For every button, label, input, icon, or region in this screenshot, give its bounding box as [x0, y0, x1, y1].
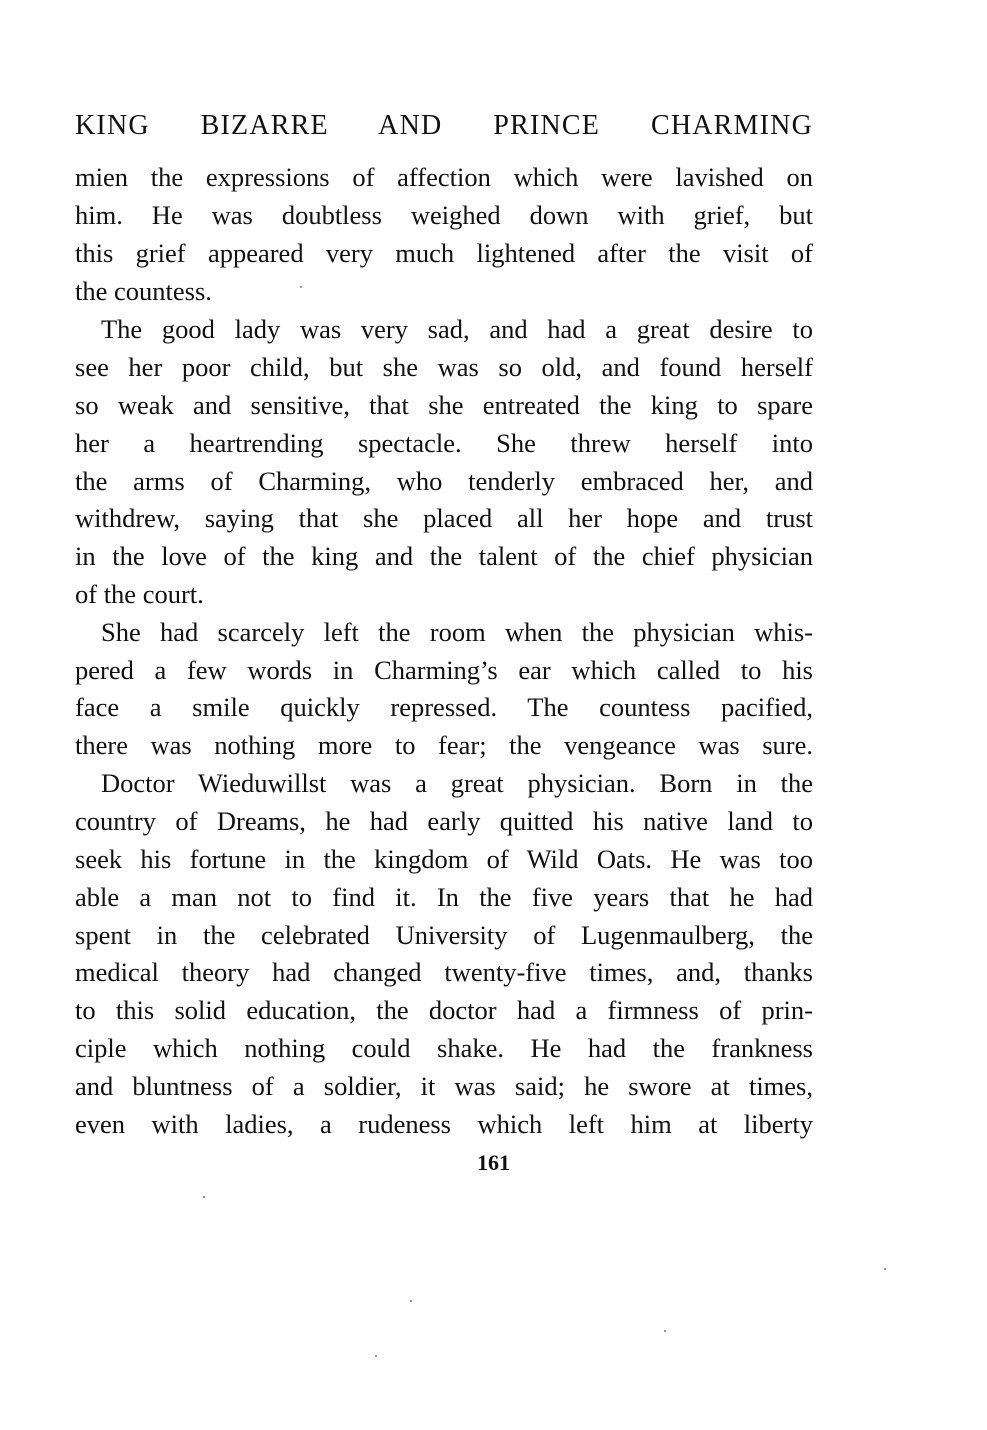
running-header: KING BIZARRE AND PRINCE CHARMING — [75, 110, 813, 142]
text-line: to this solid education, the doctor had … — [75, 995, 813, 1025]
text-line: able a man not to find it. In the five y… — [75, 882, 813, 912]
text-line: ciple which nothing could shake. He had … — [75, 1033, 813, 1063]
scan-speck — [203, 1196, 205, 1198]
page-number: 161 — [0, 1150, 987, 1176]
text-line: mien the expressions of affection which … — [75, 162, 813, 192]
text-line: the countess. — [75, 276, 813, 306]
text-line: of the court. — [75, 579, 813, 609]
scan-speck — [410, 1300, 412, 1302]
text-line: She had scarcely left the room when the … — [101, 617, 813, 647]
text-line: him. He was doubtless weighed down with … — [75, 200, 813, 230]
text-line: so weak and sensitive, that she entreate… — [75, 390, 813, 420]
text-line: this grief appeared very much lightened … — [75, 238, 813, 268]
text-line: The good lady was very sad, and had a gr… — [101, 314, 813, 344]
text-line: in the love of the king and the talent o… — [75, 541, 813, 571]
text-line: pered a few words in Charming’s ear whic… — [75, 655, 813, 685]
book-page: KING BIZARRE AND PRINCE CHARMING mien th… — [0, 0, 987, 1430]
text-line: spent in the celebrated University of Lu… — [75, 920, 813, 950]
scan-speck — [300, 286, 302, 288]
scan-speck — [375, 1355, 377, 1357]
text-line: see her poor child, but she was so old, … — [75, 352, 813, 382]
text-line: seek his fortune in the kingdom of Wild … — [75, 844, 813, 874]
text-line: medical theory had changed twenty-five t… — [75, 957, 813, 987]
text-line: country of Dreams, he had early quitted … — [75, 806, 813, 836]
text-line: the arms of Charming, who tenderly embra… — [75, 466, 813, 496]
text-line: and bluntness of a soldier, it was said;… — [75, 1071, 813, 1101]
text-line: Doctor Wieduwillst was a great physician… — [101, 768, 813, 798]
scan-speck — [884, 1268, 886, 1270]
text-line: face a smile quickly repressed. The coun… — [75, 692, 813, 722]
text-line: there was nothing more to fear; the veng… — [75, 730, 813, 760]
scan-speck — [664, 1330, 666, 1332]
text-line: her a heartrending spectacle. She threw … — [75, 428, 813, 458]
text-line: even with ladies, a rudeness which left … — [75, 1109, 813, 1139]
text-line: withdrew, saying that she placed all her… — [75, 503, 813, 533]
